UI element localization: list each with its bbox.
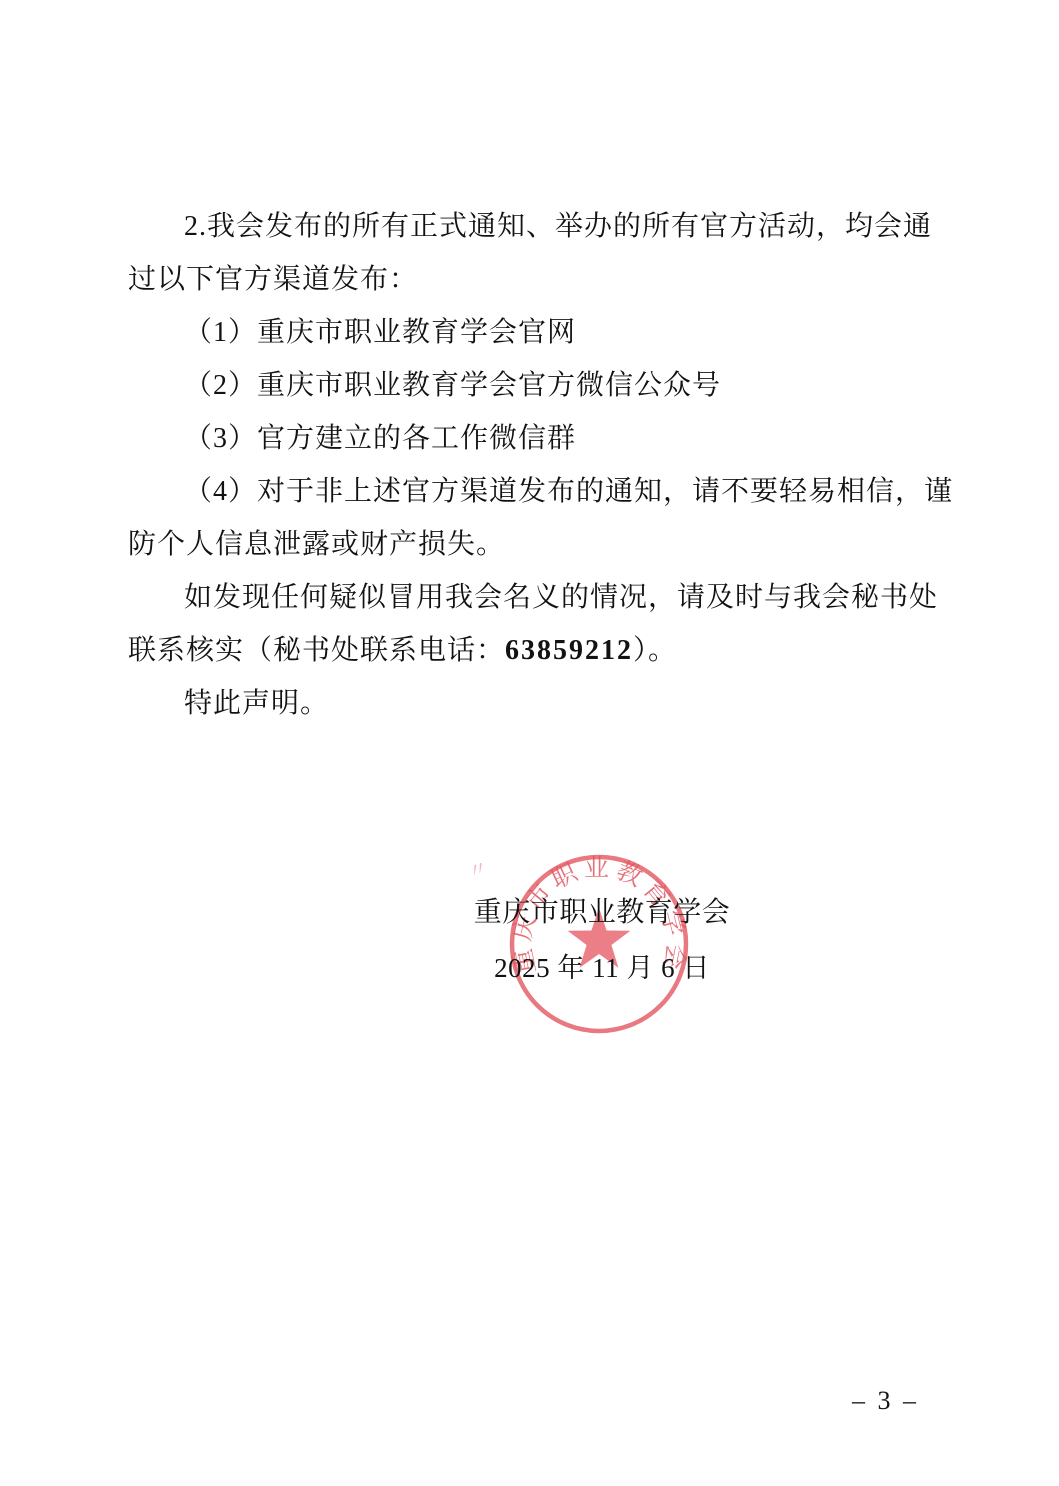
document-canvas: 2.我会发布的所有正式通知、举办的所有官方活动，均会通 过以下官方渠道发布： （… — [0, 0, 1059, 1486]
text-line: 如发现任何疑似冒用我会名义的情况，请及时与我会秘书处 — [128, 571, 940, 624]
organization-name: 重庆市职业教育学会 — [452, 896, 752, 930]
contact-prefix: 联系核实（秘书处联系电话： — [128, 635, 505, 666]
phone-number: 63859212 — [505, 635, 633, 666]
document-page: { "page": { "body": { "lines": [ "2.我会发布… — [0, 0, 1059, 1486]
contact-suffix: ）。 — [633, 635, 677, 666]
body-text: 2.我会发布的所有正式通知、举办的所有官方活动，均会通 过以下官方渠道发布： （… — [128, 200, 940, 730]
contact-line: 联系核实（秘书处联系电话：63859212）。 — [128, 624, 940, 677]
list-item: （4）对于非上述官方渠道发布的通知，请不要轻易相信，谨 — [128, 465, 940, 518]
list-item: （3）官方建立的各工作微信群 — [128, 412, 940, 465]
text-line: 过以下官方渠道发布： — [128, 253, 940, 306]
list-item: （1）重庆市职业教育学会官网 — [128, 306, 940, 359]
official-seal: 重庆市职业教育学会 — [499, 844, 699, 1044]
closing-line: 特此声明。 — [128, 677, 940, 730]
text-line: 2.我会发布的所有正式通知、举办的所有官方活动，均会通 — [128, 200, 940, 253]
page-number: – 3 – — [852, 1386, 972, 1416]
text-line: 防个人信息泄露或财产损失。 — [128, 518, 940, 571]
list-item: （2）重庆市职业教育学会官方微信公众号 — [128, 359, 940, 412]
signature-date: 2025 年 11 月 6 日 — [452, 951, 752, 985]
